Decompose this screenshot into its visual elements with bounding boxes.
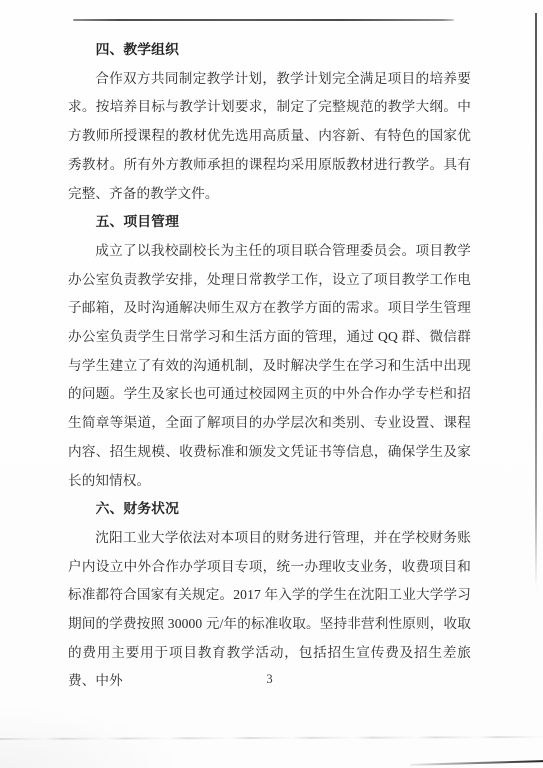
section-paragraph: 成立了以我校副校长为主任的项目联合管理委员会。项目教学办公室负责教学安排，处理日… <box>68 237 471 495</box>
section-project-management: 五、项目管理 成立了以我校副校长为主任的项目联合管理委员会。项目教学办公室负责教… <box>68 208 471 495</box>
section-heading: 四、教学组织 <box>68 36 471 65</box>
section-teaching-organization: 四、教学组织 合作双方共同制定教学计划，教学计划完全满足项目的培养要求。按培养目… <box>68 36 471 208</box>
section-paragraph: 合作双方共同制定教学计划，教学计划完全满足项目的培养要求。按培养目标与教学计划要… <box>68 65 471 209</box>
scan-artifact-right-edge-line <box>535 13 537 589</box>
section-heading: 五、项目管理 <box>68 208 471 237</box>
scan-artifact-top-rule <box>73 19 454 21</box>
section-financial-status: 六、财务状况 沈阳工业大学依法对本项目的财务进行管理，并在学校财务账户内设立中外… <box>68 495 471 696</box>
document-body: 四、教学组织 合作双方共同制定教学计划，教学计划完全满足项目的培养要求。按培养目… <box>68 36 471 696</box>
section-heading: 六、财务状况 <box>68 495 471 524</box>
page-number: 3 <box>68 671 471 687</box>
